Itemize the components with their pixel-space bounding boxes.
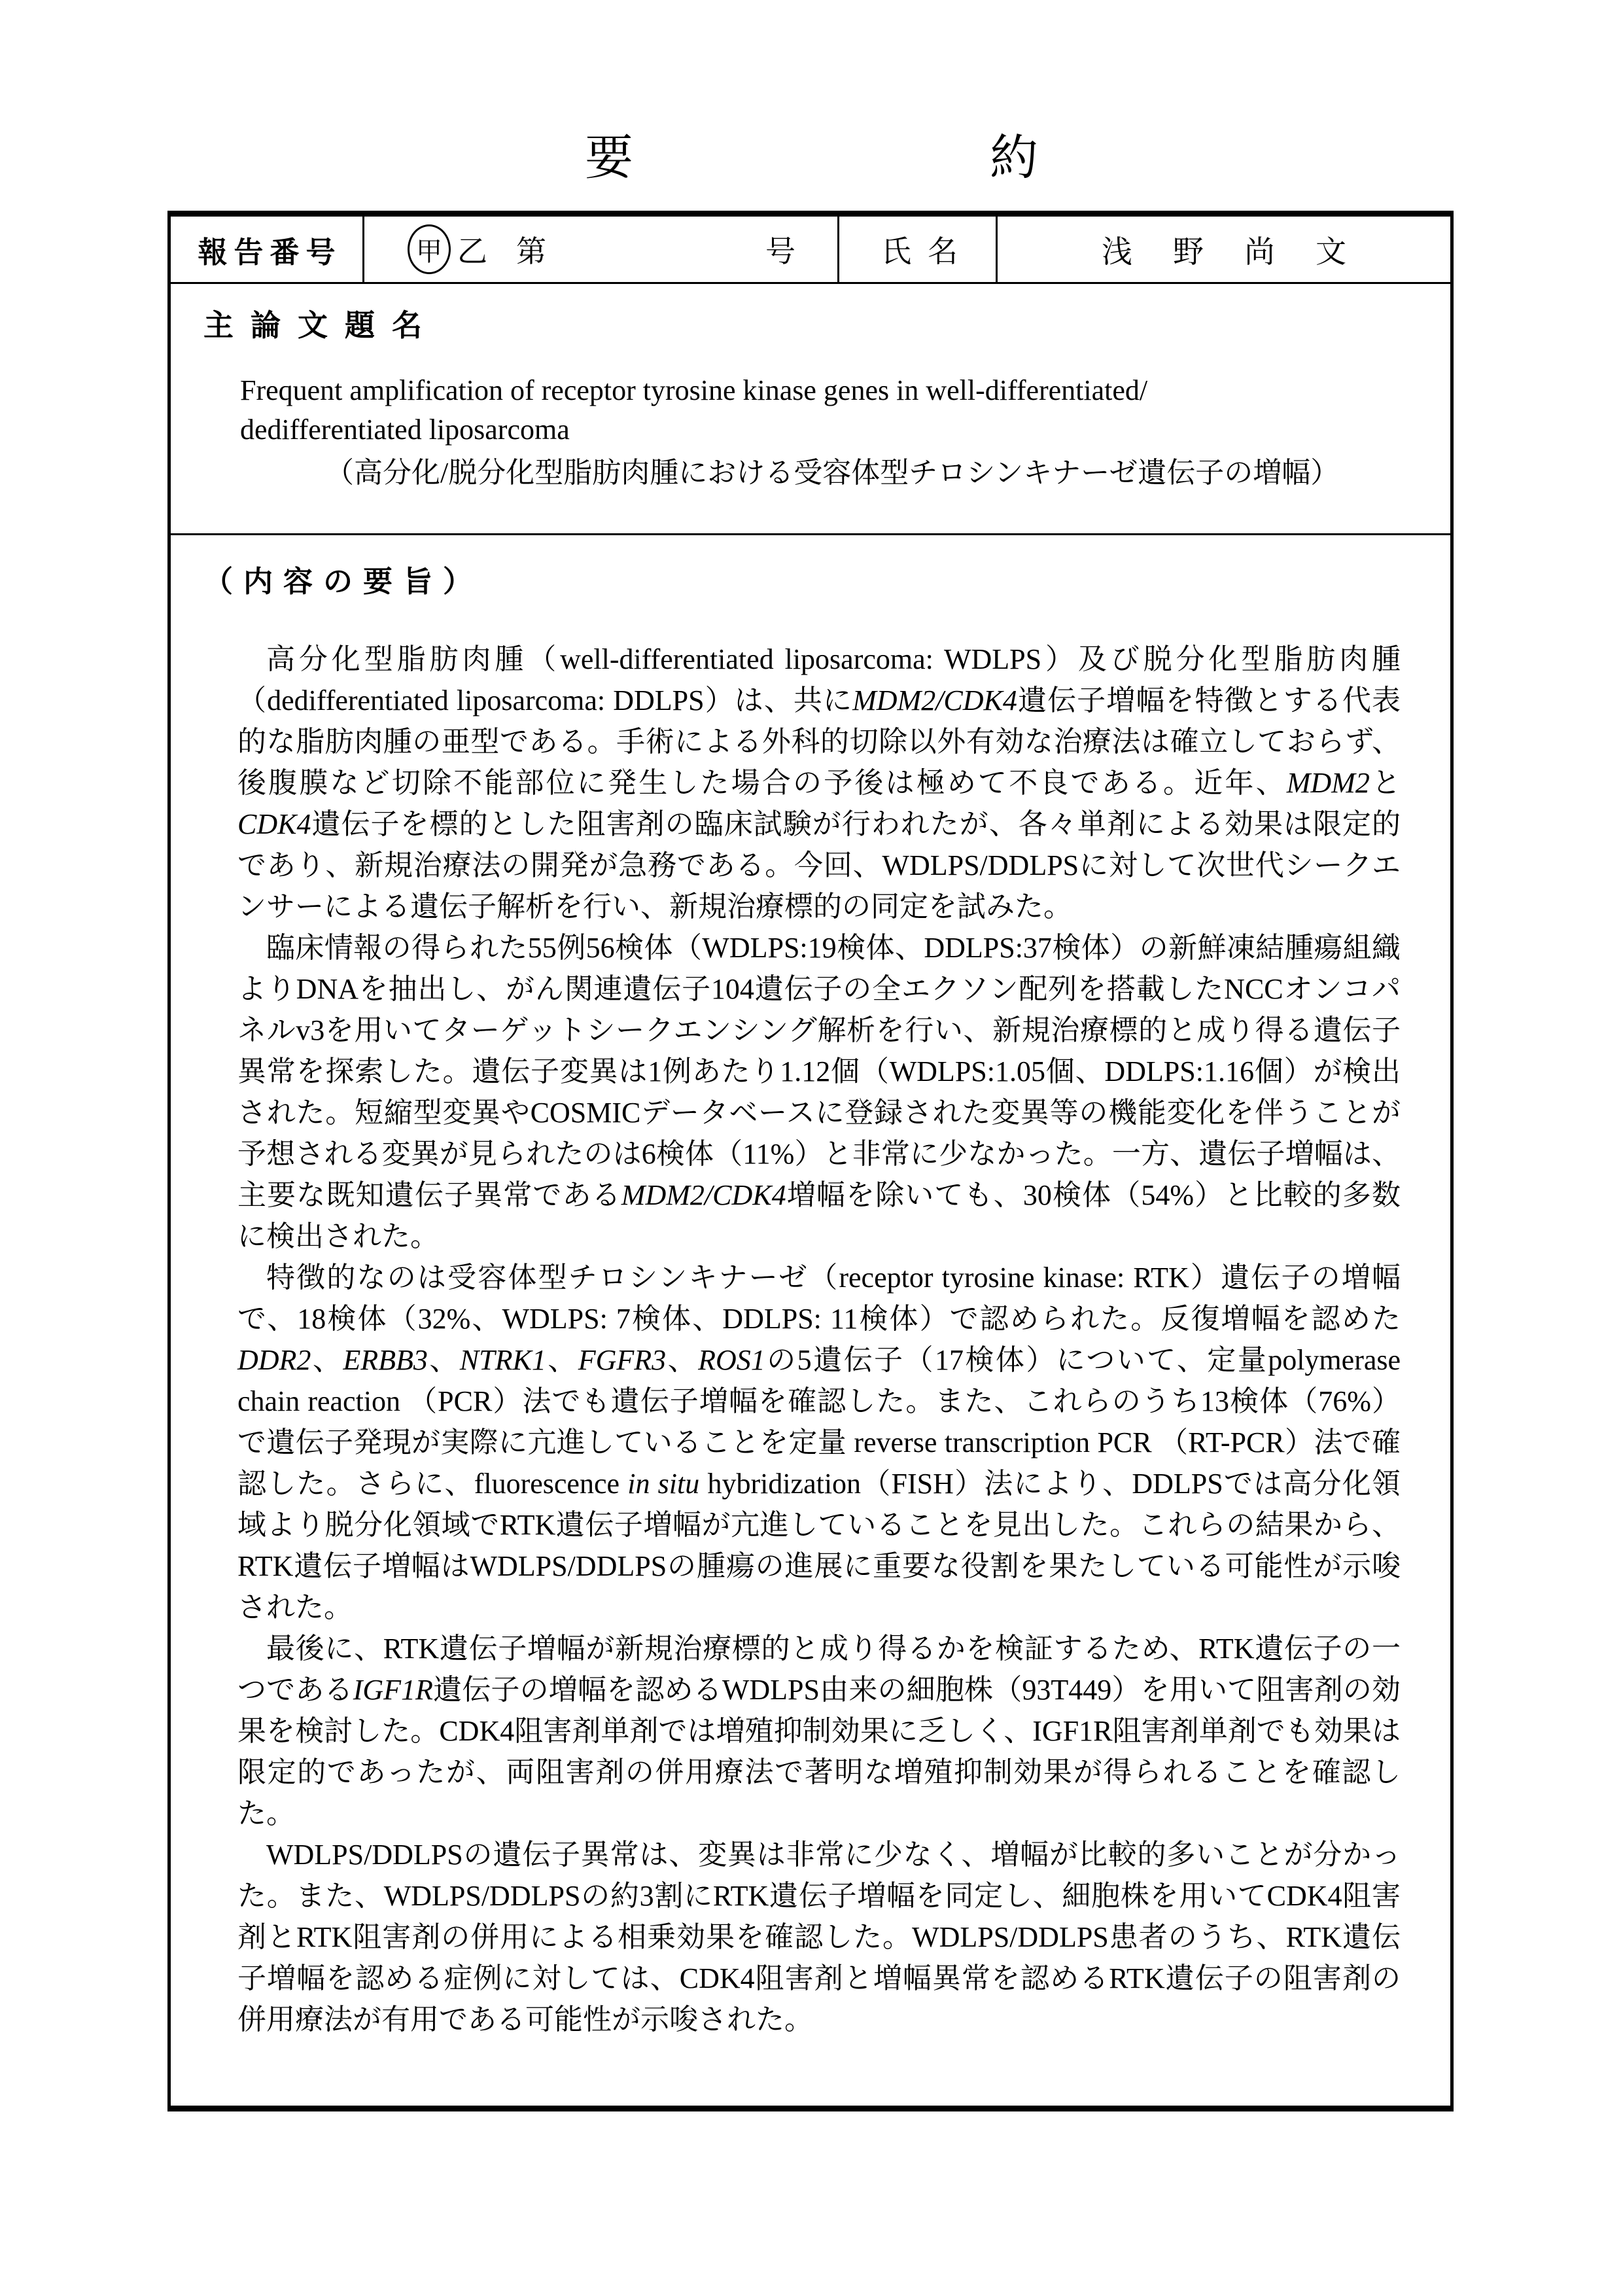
abstract-paragraph-4: 最後に、RTK遺伝子増幅が新規治療標的と成り得るかを検証するため、RTK遺伝子の… [237, 1628, 1401, 1834]
thesis-title-japanese: （高分化/脱分化型脂肪肉腫における受容体型チロシンキナーゼ遺伝子の増幅） [325, 455, 1450, 491]
name-label-cell: 氏 名 [839, 217, 998, 282]
report-number-label: 報告番号 [191, 228, 341, 271]
koh-character: 甲 [416, 231, 442, 268]
abstract-heading: （内容の要旨） [203, 564, 1450, 599]
thesis-title-english: Frequent amplification of receptor tyros… [240, 371, 1450, 450]
dai-character: 第 [516, 228, 546, 271]
main-content-box: 主論文題名 Frequent amplification of receptor… [167, 284, 1454, 2111]
page-title-char-yaku: 約 [990, 134, 1038, 183]
name-value-cell: 浅野尚文 [998, 217, 1450, 282]
abstract-paragraph-1: 高分化型脂肪肉腫（well-differentiated liposarcoma… [237, 639, 1401, 927]
report-number-label-cell: 報告番号 [171, 217, 364, 282]
abstract-paragraph-2: 臨床情報の得られた55例56検体（WDLPS:19検体、DDLPS:37検体）の… [237, 927, 1401, 1257]
document-page: 要 約 報告番号 甲 乙 第 号 氏 名 浅野尚文 主論文題名 Freque [0, 0, 1623, 2296]
abstract-paragraph-3: 特徴的なのは受容体型チロシンキナーゼ（receptor tyrosine kin… [237, 1257, 1401, 1628]
thesis-title-section: 主論文題名 Frequent amplification of receptor… [171, 284, 1450, 535]
thesis-title-heading: 主論文題名 [203, 308, 1450, 344]
abstract-body: 高分化型脂肪肉腫（well-differentiated liposarcoma… [237, 639, 1401, 2040]
go-character: 号 [765, 228, 795, 271]
thesis-title-english-line2: dedifferentiated liposarcoma [240, 410, 1450, 450]
name-label-second: 名 [928, 228, 958, 271]
author-name: 浅野尚文 [1102, 228, 1387, 272]
report-number-value-cell: 甲 乙 第 号 [364, 217, 839, 282]
page-title-char-you: 要 [585, 134, 633, 183]
header-table: 報告番号 甲 乙 第 号 氏 名 浅野尚文 [167, 211, 1454, 284]
abstract-paragraph-5: WDLPS/DDLPSの遺伝子異常は、変異は非常に少なく、増幅が比較的多いことが… [237, 1834, 1401, 2040]
thesis-title-english-line1: Frequent amplification of receptor tyros… [240, 371, 1450, 410]
name-label-first: 氏 [881, 228, 911, 271]
abstract-section: （内容の要旨） 高分化型脂肪肉腫（well-differentiated lip… [171, 564, 1450, 2040]
koh-circled-mark: 甲 [408, 224, 451, 274]
page-title: 要 約 [0, 134, 1623, 183]
otsu-character: 乙 [457, 228, 487, 271]
